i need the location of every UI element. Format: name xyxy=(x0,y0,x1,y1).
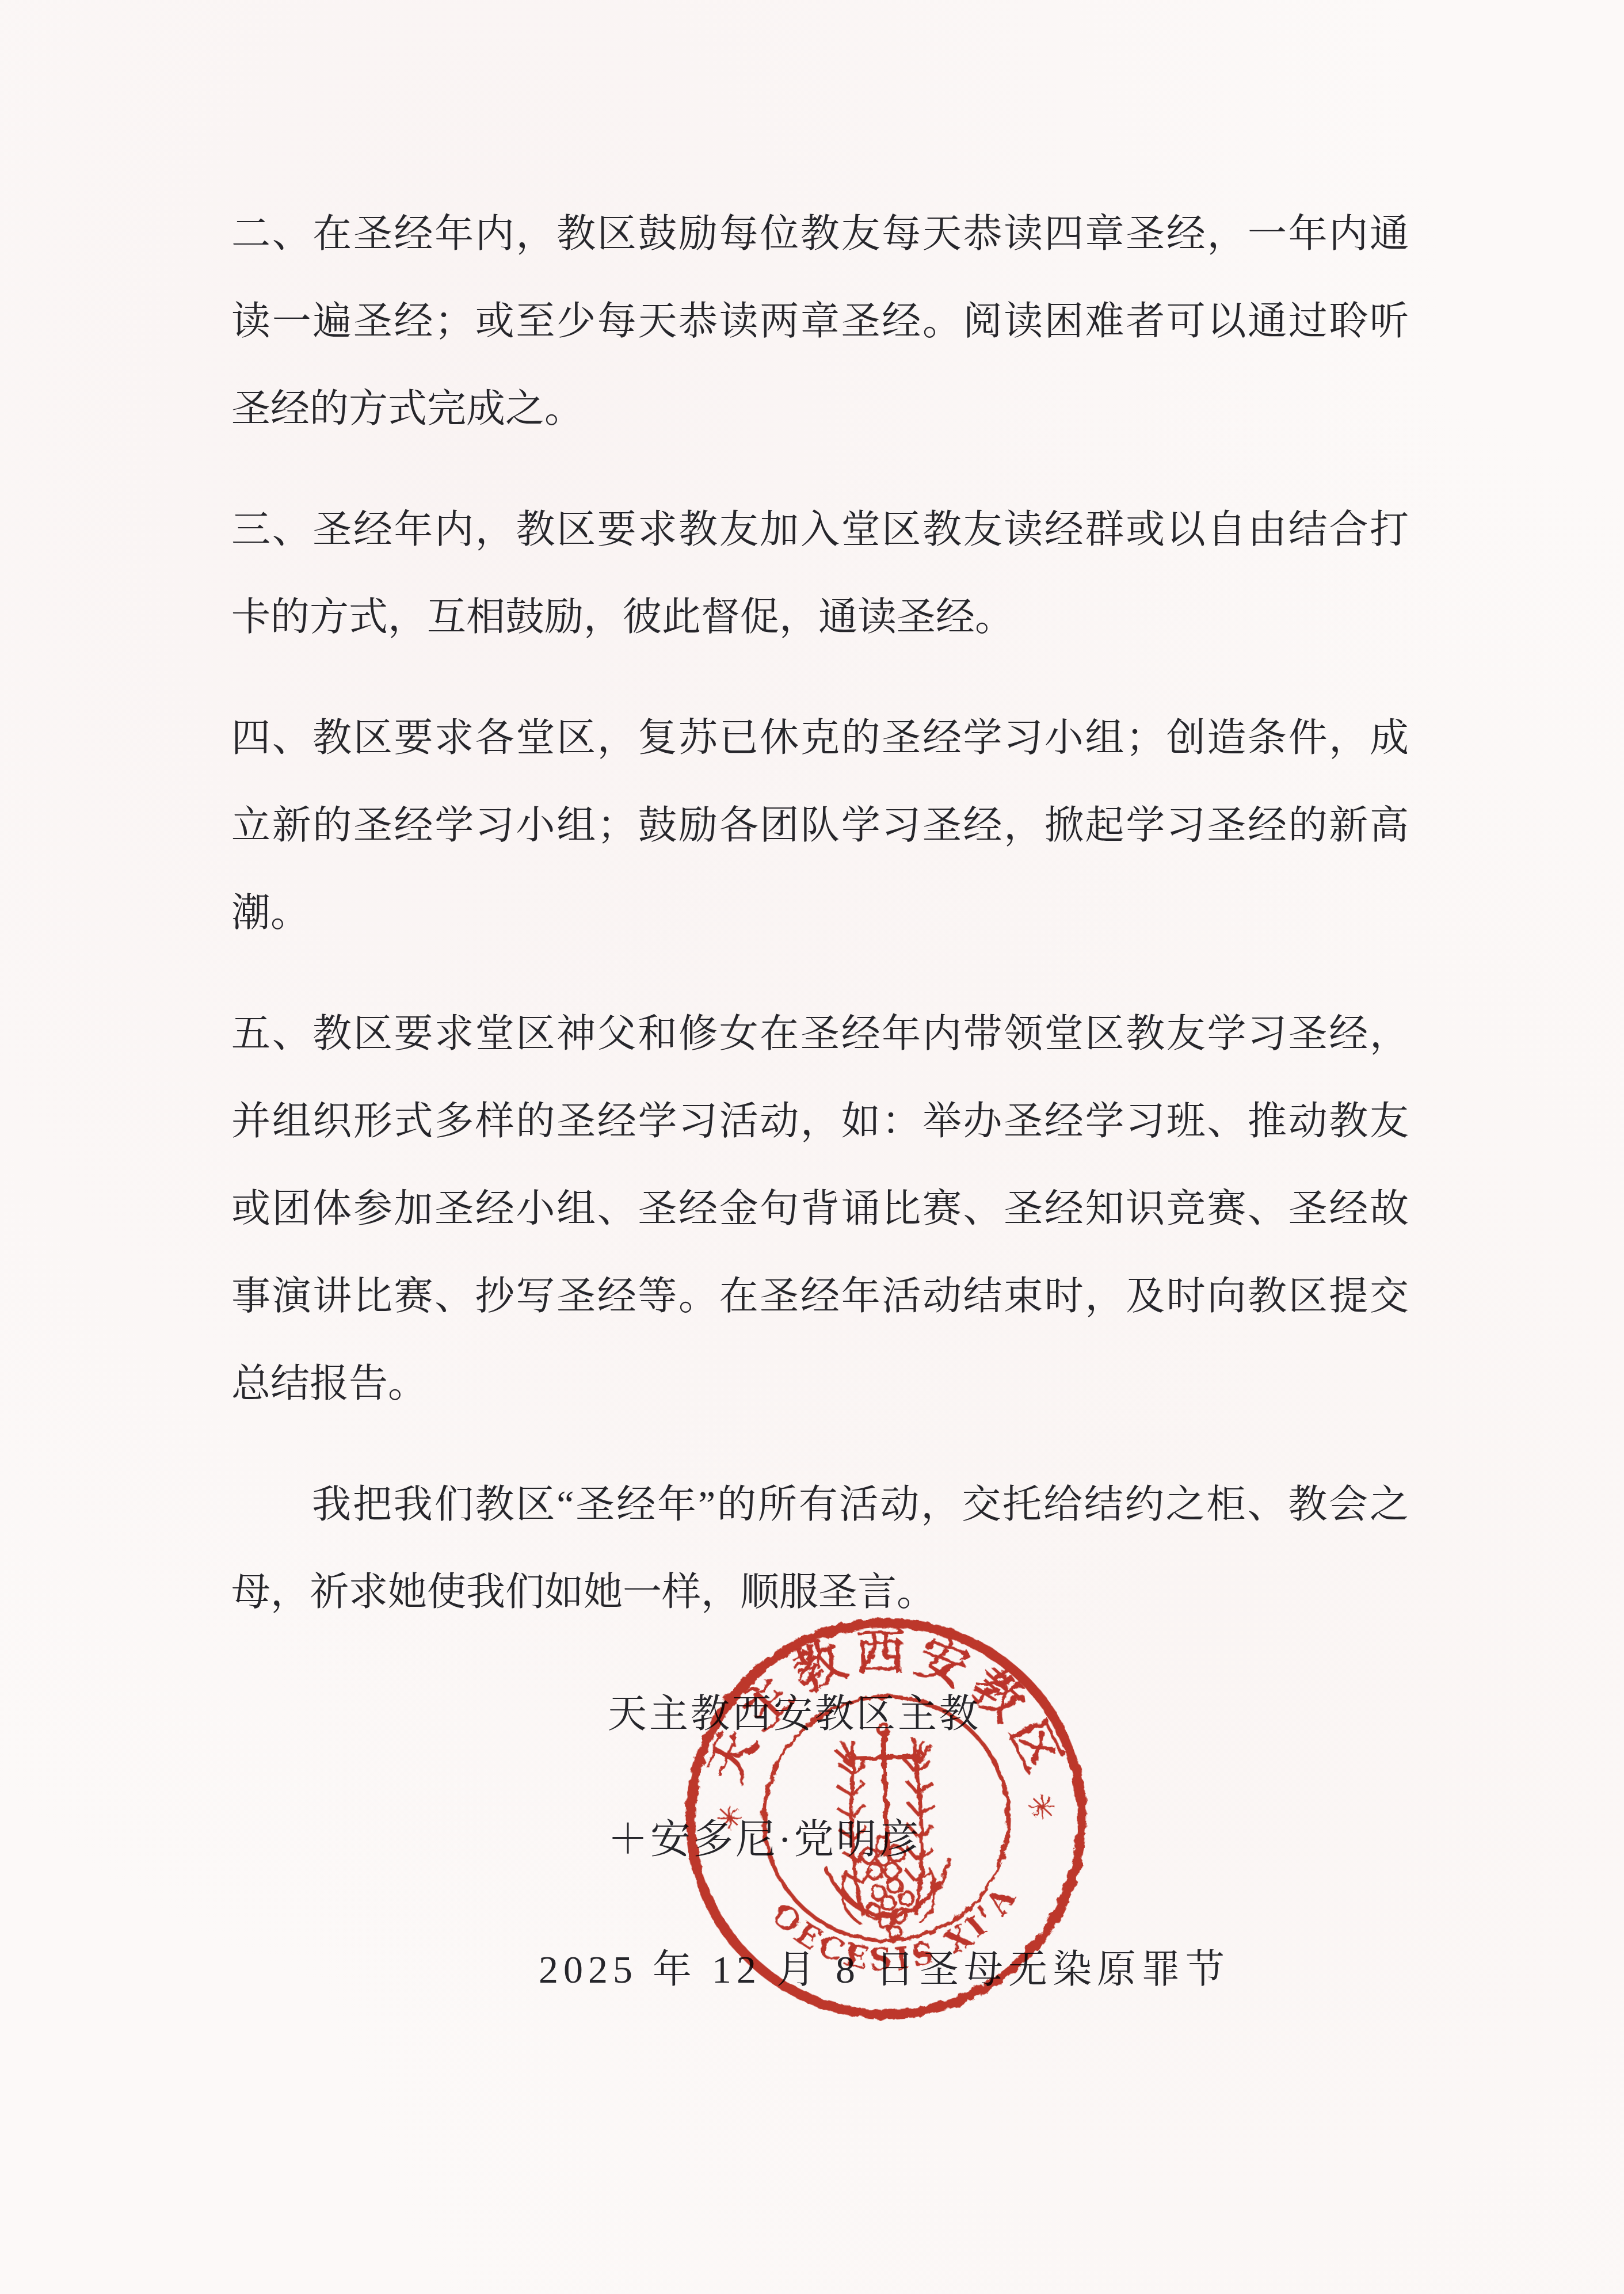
seal-emblem xyxy=(821,1721,952,1941)
text-line: 四、教区要求各堂区，复苏已休克的圣经学习小组；创造条件，成 xyxy=(231,694,1409,782)
text-line: 总结报告。 xyxy=(231,1340,1409,1427)
scanned-letter-page: 二、在圣经年内，教区鼓励每位教友每天恭读四章圣经，一年内通读一遍圣经；或至少每天… xyxy=(0,0,1624,2294)
text-line: 潮。 xyxy=(231,869,1409,957)
text-line: 二、在圣经年内，教区鼓励每位教友每天恭读四章圣经，一年内通 xyxy=(231,190,1409,277)
seal-ring-char: 教 xyxy=(960,1659,1035,1733)
paragraph: 四、教区要求各堂区，复苏已休克的圣经学习小组；创造条件，成立新的圣经学习小组；鼓… xyxy=(231,694,1409,957)
text-line: 立新的圣经学习小组；鼓励各团队学习圣经，掀起学习圣经的新高 xyxy=(231,782,1409,869)
text-line: 我把我们教区“圣经年”的所有活动，交托给结约之柜、教会之 xyxy=(231,1461,1409,1548)
seal-grapes xyxy=(866,1878,915,1939)
text-line: 读一遍圣经；或至少每天恭读两章圣经。阅读困难者可以通过聆听 xyxy=(231,277,1409,365)
seal-ring-char: 主 xyxy=(730,1667,804,1741)
text-line: 卡的方式，互相鼓励，彼此督促，通读圣经。 xyxy=(231,573,1409,661)
letter-body: 二、在圣经年内，教区鼓励每位教友每天恭读四章圣经，一年内通读一遍圣经；或至少每天… xyxy=(231,190,1409,1636)
text-line: 三、圣经年内，教区要求教友加入堂区教友读经群或以自由结合打 xyxy=(231,486,1409,573)
text-line: 事演讲比赛、抄写圣经等。在圣经年活动结束时，及时向教区提交 xyxy=(231,1252,1409,1340)
paragraph: 三、圣经年内，教区要求教友加入堂区教友读经群或以自由结合打卡的方式，互相鼓励，彼… xyxy=(231,486,1409,661)
seal-star-icon: ✳ xyxy=(715,1798,745,1839)
paragraph: 二、在圣经年内，教区鼓励每位教友每天恭读四章圣经，一年内通读一遍圣经；或至少每天… xyxy=(231,190,1409,452)
text-line: 或团体参加圣经小组、圣经金句背诵比赛、圣经知识竞赛、圣经故 xyxy=(231,1165,1409,1252)
text-line: 并组织形式多样的圣经学习活动，如：举办圣经学习班、推动教友 xyxy=(231,1077,1409,1165)
text-line: 五、教区要求堂区神父和修女在圣经年内带领堂区教友学习圣经， xyxy=(231,990,1409,1077)
text-line: 圣经的方式完成之。 xyxy=(231,365,1409,452)
seal-ring-char: 西 xyxy=(855,1625,906,1682)
diocese-seal-stamp: 天主教西安教区 ✳✳ DIOECESIS XI’AN xyxy=(660,1592,1112,2045)
paragraph: 五、教区要求堂区神父和修女在圣经年内带领堂区教友学习圣经，并组织形式多样的圣经学… xyxy=(231,990,1409,1427)
seal-star-icon: ✳ xyxy=(1028,1788,1057,1828)
